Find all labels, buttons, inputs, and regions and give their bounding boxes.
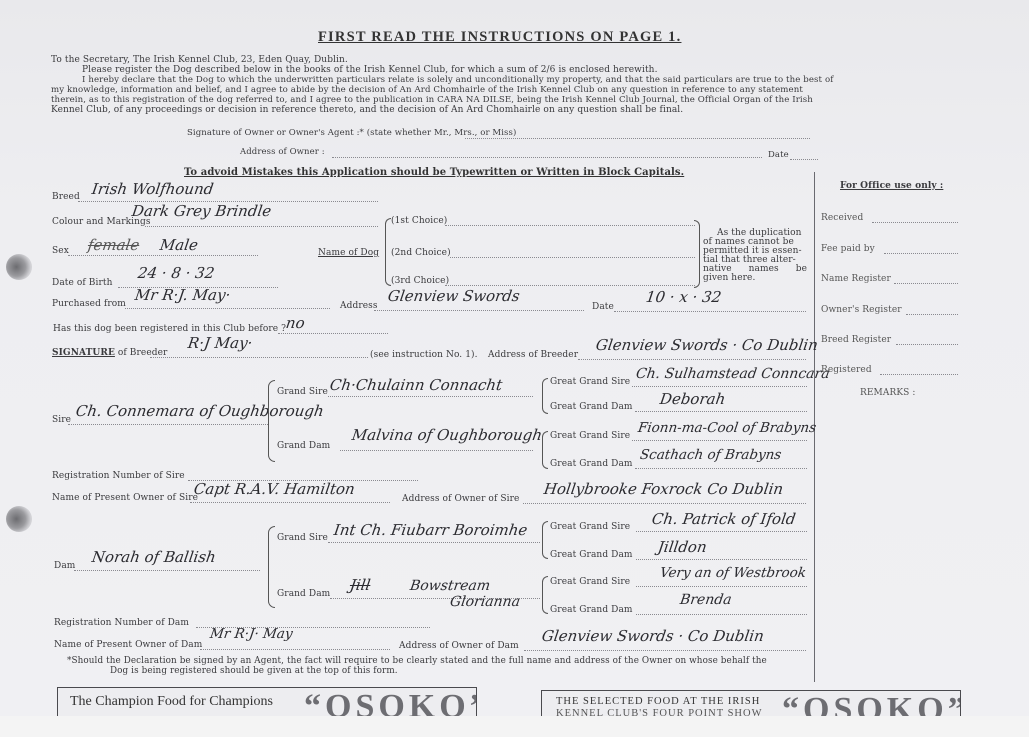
dam-ggs2-value[interactable]: Very an of Westbrook [659,565,807,581]
duplication-note-6: given here. [703,273,755,283]
declaration-line-5: Kennel Club, of any proceedings or decis… [51,105,683,115]
dam-brace [268,526,275,608]
purchase-date-field-line [614,311,806,312]
addressee-line: To the Secretary, The Irish Kennel Club,… [51,55,348,65]
declaration-line-3: my knowledge, information and belief, an… [51,85,803,95]
dam-reg-number-label: Registration Number of Dam [54,618,189,628]
owner-signature-label: Signature of Owner or Owner's Agent :* (… [187,128,516,138]
footnote-line-1: *Should the Declaration be signed by an … [67,656,767,666]
purchased-from-field-line [125,308,330,309]
office-name-register-label: Name Register [821,274,891,284]
sire-gg1-brace [542,378,548,414]
sire-ggs2-field-line [632,440,807,441]
purchased-from-label: Purchased from [52,299,126,309]
registration-form-page: FIRST READ THE INSTRUCTIONS ON PAGE 1. T… [0,0,1029,716]
sire-grand-dam-label: Grand Dam [277,441,330,451]
sire-owner-label: Name of Present Owner of Sire [52,493,198,503]
osoko-ad-left-text: The Champion Food for Champions [70,694,273,710]
registered-before-field-line [278,333,388,334]
sire-gg2-brace [542,431,548,469]
office-registered-field[interactable] [880,374,958,375]
sire-ggd1-value[interactable]: Deborah [659,390,727,408]
dam-gg2-brace [542,576,548,614]
office-remarks-label: REMARKS : [860,388,916,398]
office-use-title: For Office use only : [840,181,943,191]
block-capitals-notice: To advoid Mistakes this Application shou… [184,167,684,178]
breeder-signature-value[interactable]: R·J May· [187,334,254,352]
sire-ggd2-value[interactable]: Scathach of Brabyns [639,447,783,463]
dam-grand-sire-value[interactable]: Int Ch. Fiubarr Boroimhe [333,521,529,539]
sex-field-line [68,255,258,256]
footnote-line-2: Dog is being registered should be given … [110,666,398,676]
registered-before-value[interactable]: no [285,314,306,332]
sire-brace [268,380,275,462]
sire-ggs2-value[interactable]: Fionn-ma-Cool of Brabyns [637,420,817,436]
office-breed-register-field[interactable] [896,344,958,345]
see-instruction-note: (see instruction No. 1). [370,350,478,360]
breed-value[interactable]: Irish Wolfhound [91,180,215,198]
dog-name-brace-right [694,220,700,288]
dam-ggs2-field-line [636,586,807,587]
purchase-address-label: Address [340,301,378,311]
sire-ggd2-field-line [635,468,807,469]
owner-date-label: Date [768,150,789,160]
owner-address-field[interactable] [332,157,762,158]
dog-name-choice-2-label: (2nd Choice) [391,248,451,258]
sire-owner-address-field-line [523,503,806,504]
registered-before-label: Has this dog been registered in this Clu… [53,324,286,334]
owner-signature-field[interactable] [465,138,810,139]
purchase-address-value[interactable]: Glenview Swords [387,287,521,305]
dam-ggs2-label: Great Grand Sire [550,577,630,587]
purchase-date-value[interactable]: 10 · x · 32 [645,288,723,306]
sex-value[interactable]: Male [159,236,200,254]
dam-ggs1-value[interactable]: Ch. Patrick of Ifold [651,510,797,528]
breeder-address-value[interactable]: Glenview Swords · Co Dublin [595,336,819,354]
sire-field-line [68,424,268,425]
dog-name-choice-1-label: (1st Choice) [391,216,447,226]
dam-ggd1-field-line [636,559,807,560]
dob-value[interactable]: 24 · 8 · 32 [137,264,216,282]
sex-struck-value: female [87,236,141,254]
breeder-signature-label-bold: SIGNATURE [52,348,115,358]
breeder-signature-field-line [150,357,368,358]
declaration-line-1: Please register the Dog described below … [82,65,658,75]
dam-label: Dam [54,561,75,571]
breed-label: Breed [52,192,80,202]
sire-ggs1-value[interactable]: Ch. Sulhamstead Conncara [635,366,831,382]
purchase-address-field-line [374,310,584,311]
office-received-label: Received [821,213,863,223]
office-fee-paid-label: Fee paid by [821,244,875,254]
sire-grand-sire-value[interactable]: Ch·Chulainn Connacht [329,376,504,394]
dam-ggd2-value[interactable]: Brenda [679,592,733,608]
dam-owner-address-field-line [524,650,806,651]
sire-ggd1-field-line [635,411,807,412]
office-received-field[interactable] [872,222,958,223]
osoko-ad-right-line1: THE SELECTED FOOD AT THE IRISH [556,696,760,707]
sire-ggs1-field-line [632,386,807,387]
dam-grand-dam-label: Grand Dam [277,589,330,599]
scan-margin [0,716,1029,737]
colour-value[interactable]: Dark Grey Brindle [131,202,273,220]
office-registered-label: Registered [821,365,872,375]
dam-owner-value[interactable]: Mr R·J· May [209,626,294,642]
dog-name-label: Name of Dog [318,248,379,258]
sire-ggd2-label: Great Grand Dam [550,459,633,469]
punch-hole-upper [6,254,32,280]
dam-owner-field-line [200,649,390,650]
sire-owner-address-value[interactable]: Hollybrooke Foxrock Co Dublin [543,480,785,498]
sire-grand-dam-value[interactable]: Malvina of Oughborough [351,426,544,444]
dog-name-choice-3-field[interactable] [445,285,695,286]
sire-reg-number-label: Registration Number of Sire [52,471,185,481]
dam-value[interactable]: Norah of Ballish [91,548,217,566]
office-owners-register-field[interactable] [906,314,958,315]
sire-ggd1-label: Great Grand Dam [550,402,633,412]
dam-ggs1-label: Great Grand Sire [550,522,630,532]
dam-grand-dam-value[interactable]: Bowstream [409,578,491,594]
dam-grand-sire-field-line [328,542,540,543]
office-owners-register-label: Owner's Register [821,305,902,315]
declaration-line-4: therein, as to this registration of the … [51,95,813,105]
sire-owner-field-line [190,502,390,503]
breeder-address-label: Address of Breeder [488,350,578,360]
office-fee-paid-field[interactable] [884,253,958,254]
dog-name-choice-3-label: (3rd Choice) [391,276,449,286]
sire-grand-sire-field-line [328,396,533,397]
sire-ggs2-label: Great Grand Sire [550,431,630,441]
dob-label: Date of Birth [52,278,113,288]
dam-ggd2-field-line [636,614,807,615]
owner-date-field[interactable] [790,159,818,160]
dam-owner-address-value[interactable]: Glenview Swords · Co Dublin [541,627,765,645]
dam-grand-dam-value-line2[interactable]: Glorianna [449,594,521,610]
sire-owner-value[interactable]: Capt R.A.V. Hamilton [193,480,356,498]
sire-grand-dam-field-line [340,450,533,451]
sire-grand-sire-label: Grand Sire [277,387,328,397]
sire-value[interactable]: Ch. Connemara of Oughborough [75,402,325,420]
colour-field-line [145,226,378,227]
dog-name-choice-2-field[interactable] [450,257,695,258]
dam-gg1-brace [542,521,548,559]
dog-name-choice-1-field[interactable] [445,225,695,226]
sex-label: Sex [52,246,69,256]
dam-grand-dam-struck-value: Jill [349,576,372,594]
office-breed-register-label: Breed Register [821,335,891,345]
purchase-date-label: Date [592,302,614,312]
punch-hole-lower [6,506,32,532]
dam-ggd1-value[interactable]: Jilldon [657,538,708,556]
dam-owner-address-label: Address of Owner of Dam [399,641,519,651]
dam-owner-label: Name of Present Owner of Dam [54,640,202,650]
breeder-address-field-line [578,359,806,360]
dam-field-line [74,570,260,571]
sire-owner-address-label: Address of Owner of Sire [402,494,519,504]
dam-ggd1-label: Great Grand Dam [550,550,633,560]
sire-ggs1-label: Great Grand Sire [550,377,630,387]
dam-ggs1-field-line [636,531,807,532]
purchased-from-value[interactable]: Mr R·J. May· [134,286,232,304]
dam-grand-sire-label: Grand Sire [277,533,328,543]
owner-address-label: Address of Owner : [240,147,325,157]
page-heading: FIRST READ THE INSTRUCTIONS ON PAGE 1. [318,29,681,46]
declaration-line-2: I hereby declare that the Dog to which t… [82,75,834,85]
dam-ggd2-label: Great Grand Dam [550,605,633,615]
office-name-register-field[interactable] [894,283,958,284]
